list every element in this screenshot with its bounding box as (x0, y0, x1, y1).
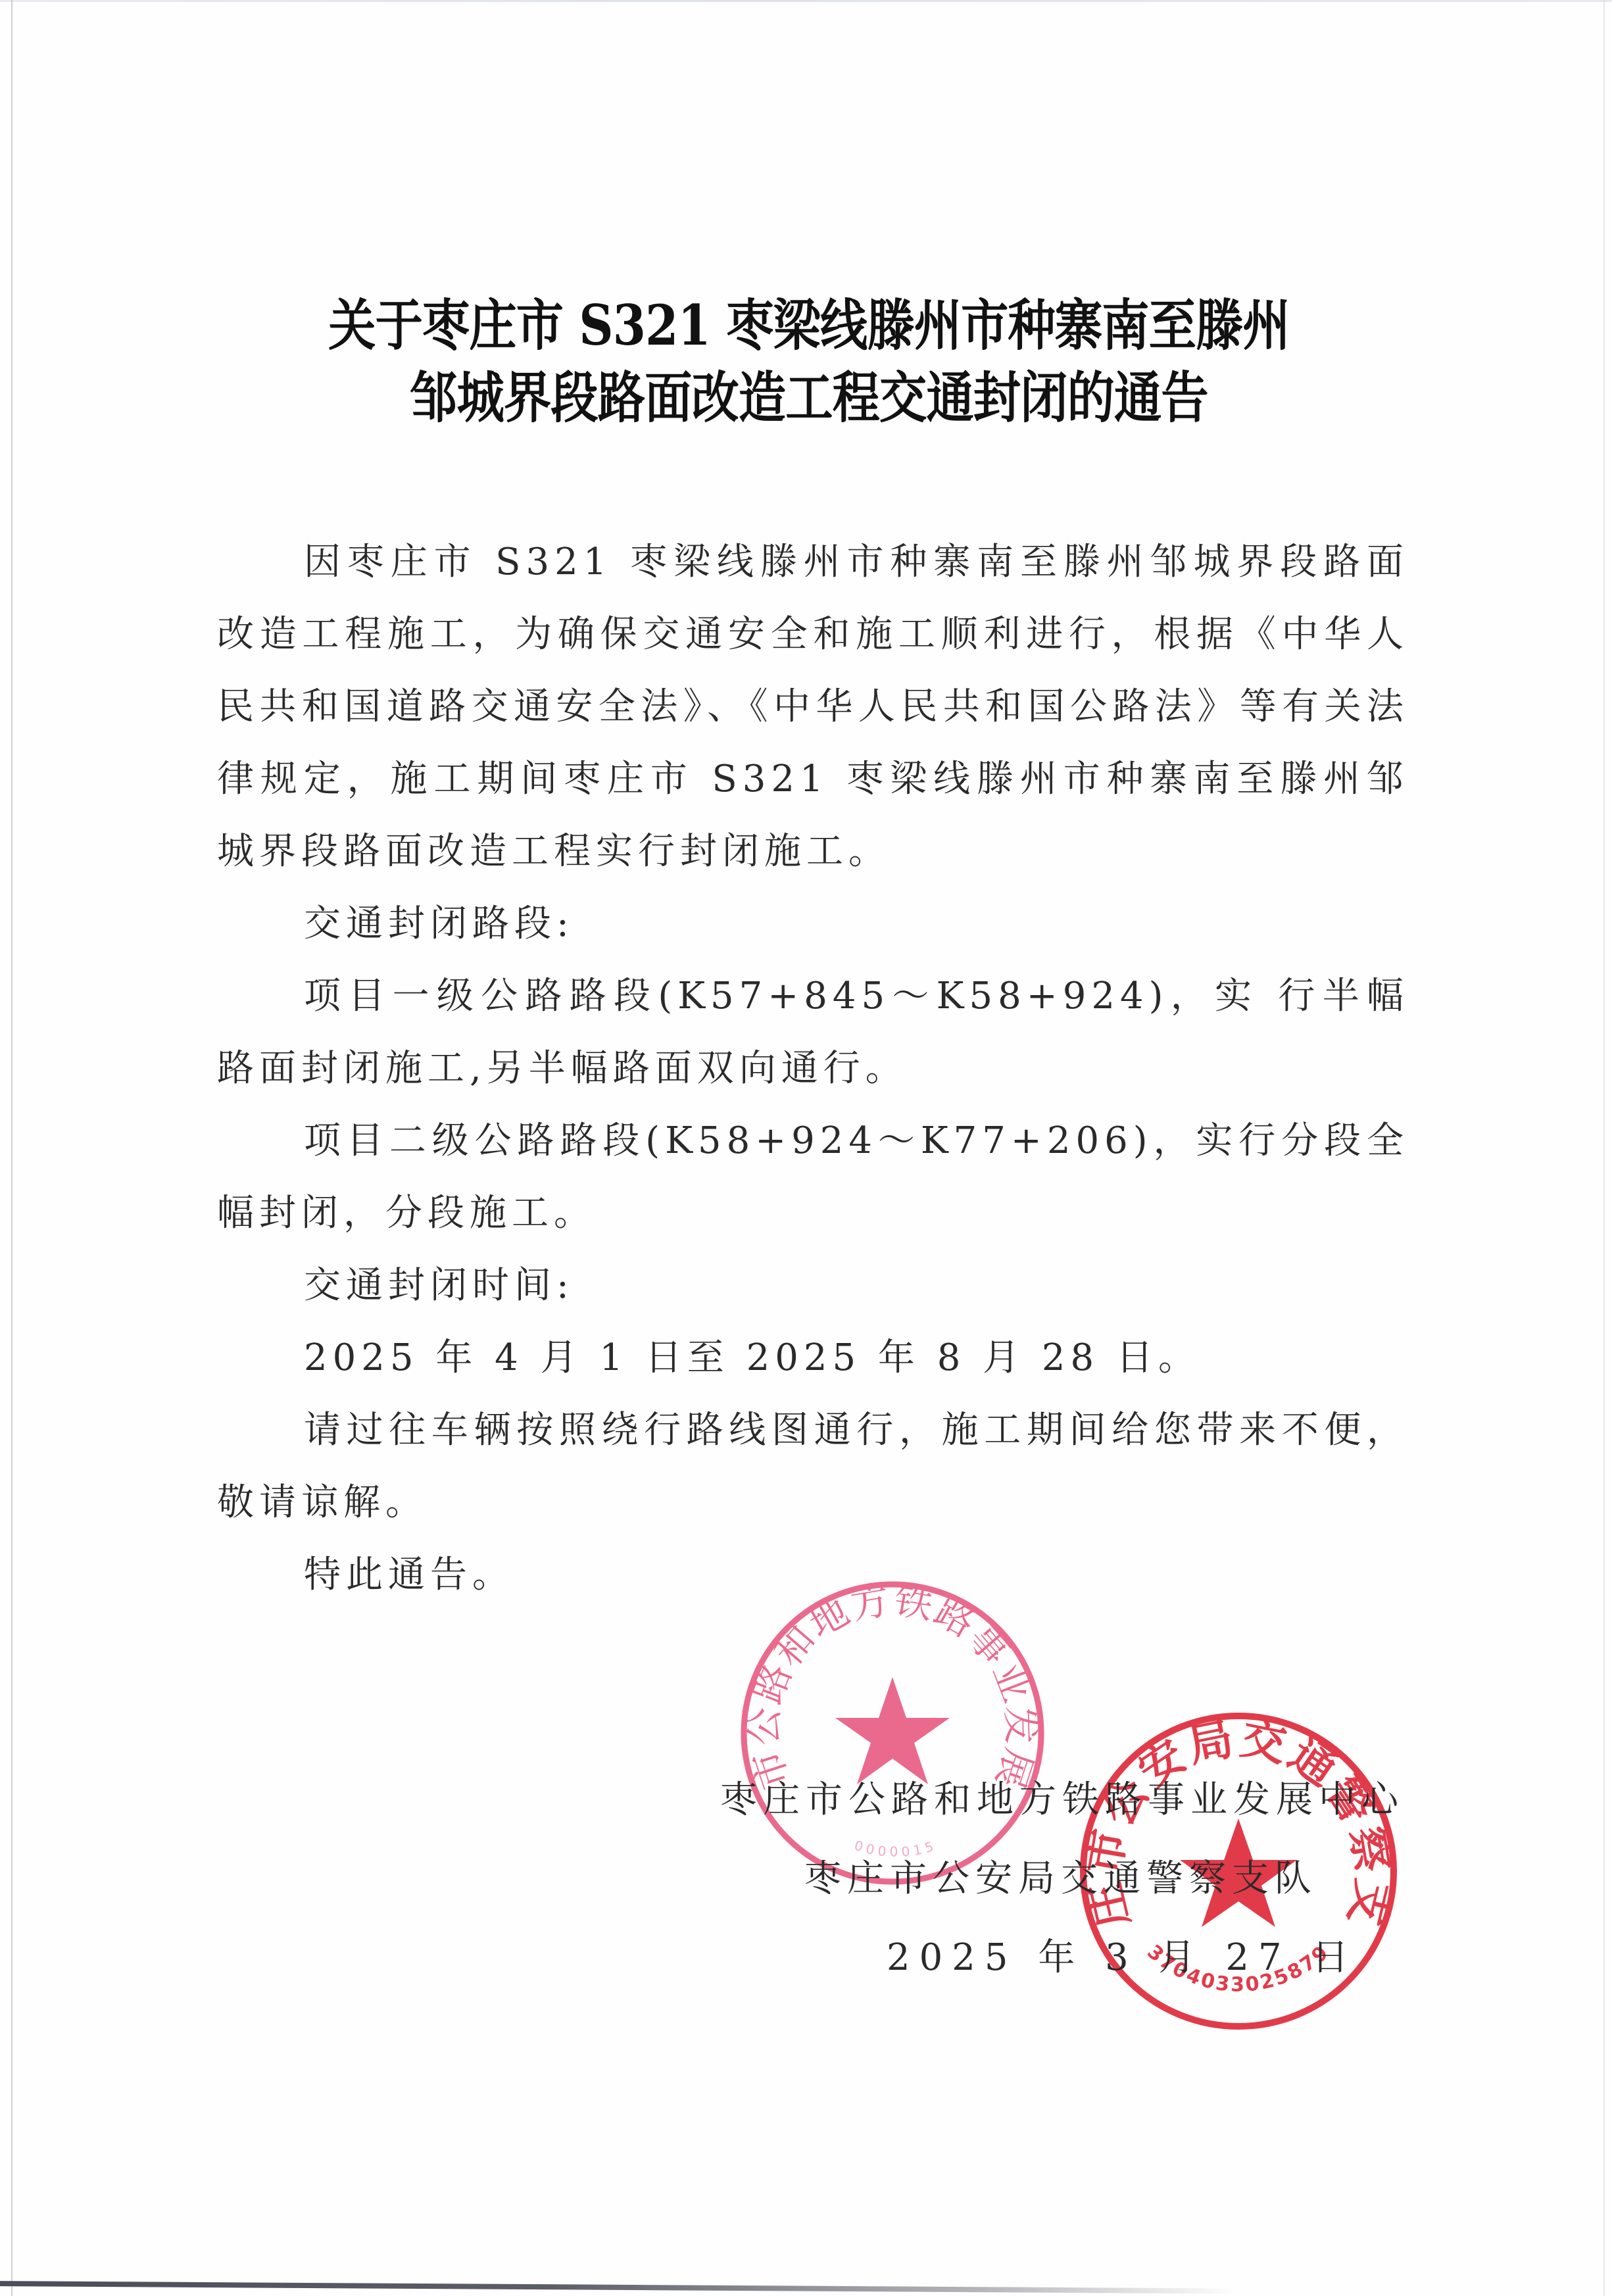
issue-date: 2025 年 3 月 27 日 (887, 1935, 1357, 1981)
stamp-highway-center: 枣庄市公路和地方铁路事业发展中心 0000015 (738, 1578, 1047, 1888)
seal-icon: 枣庄市公路和地方铁路事业发展中心 0000015 (738, 1578, 1047, 1888)
notice-title: 关于枣庄市 S321 枣梁线滕州市种寨南至滕州 邹城界段路面改造工程交通封闭的通… (217, 289, 1401, 434)
issuer-highway-center: 枣庄市公路和地方铁路事业发展中心 (720, 1777, 1404, 1823)
scan-edge-bottom (0, 2281, 1236, 2294)
title-line-1: 关于枣庄市 S321 枣梁线滕州市种寨南至滕州 (300, 289, 1318, 362)
paragraph-detour-notice: 请过往车辆按照绕行路线图通行，施工期间给您带来不便，敬请谅解。 (217, 1394, 1409, 1539)
scanned-document-page: 关于枣庄市 S321 枣梁线滕州市种寨南至滕州 邹城界段路面改造工程交通封闭的通… (0, 0, 1612, 2296)
scan-edge-right (1603, 0, 1605, 2296)
paragraph-closure-time-heading: 交通封闭时间: (217, 1250, 1409, 1322)
scan-edge-left (11, 0, 12, 2296)
paragraph-closed-sections-heading: 交通封闭路段: (217, 888, 1409, 960)
scan-edge-top (0, 0, 1612, 2)
paragraph-section-2: 项目二级公路路段(K58+924～K77+206)，实行分段全幅封闭，分段施工。 (217, 1105, 1409, 1250)
title-line-2: 邹城界段路面改造工程交通封闭的通告 (300, 362, 1318, 434)
issuer-traffic-police: 枣庄市公安局交通警察支队 (804, 1856, 1317, 1902)
paragraph-intro: 因枣庄市 S321 枣梁线滕州市种寨南至滕州邹城界段路面改造工程施工，为确保交通… (217, 526, 1409, 888)
paragraph-section-1: 项目一级公路路段(K57+845～K58+924)，实 行半幅路面封闭施工,另半… (217, 960, 1409, 1105)
star-icon (835, 1677, 950, 1784)
paragraph-closure-dates: 2025 年 4 月 1 日至 2025 年 8 月 28 日。 (217, 1322, 1409, 1394)
notice-body: 因枣庄市 S321 枣梁线滕州市种寨南至滕州邹城界段路面改造工程施工，为确保交通… (217, 526, 1409, 1611)
